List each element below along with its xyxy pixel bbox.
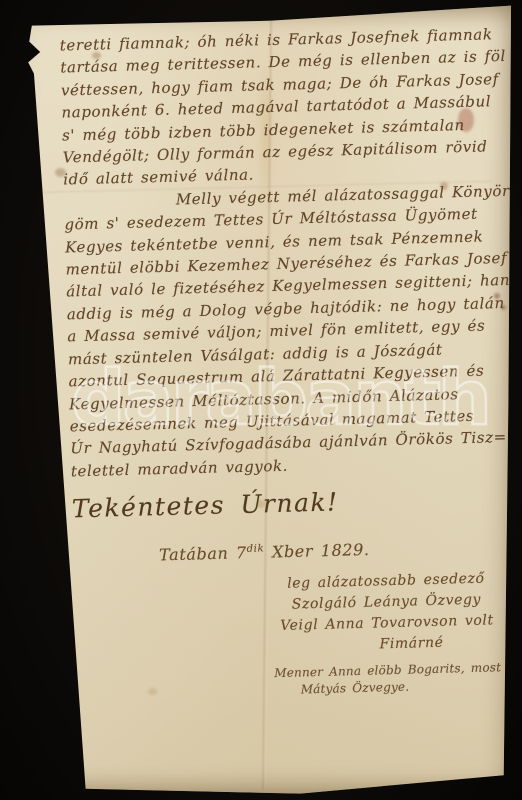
- dateline-month-year: Xber 1829.: [264, 540, 370, 562]
- letter-paragraph-2: Melly végett mél alázatossaggal Könyör= …: [64, 180, 515, 483]
- letter-paper: teretti fiamnak; óh néki is Farkas Josef…: [0, 0, 522, 800]
- signature-block: leg alázatossabb esedező Szolgáló Leánya…: [270, 569, 504, 659]
- dateline: Tatában 7dik Xber 1829.: [159, 531, 518, 568]
- dateline-place-day: Tatában 7: [159, 543, 247, 564]
- letter-paragraph-1: teretti fiamnak; óh néki is Farkas Josef…: [59, 23, 507, 191]
- dateline-ordinal-suffix: dik: [247, 543, 265, 554]
- photo-background: teretti fiamnak; óh néki is Farkas Josef…: [0, 0, 522, 800]
- salutation-line: Tekéntetes Úrnak!: [71, 480, 516, 528]
- handwritten-letter-text: teretti fiamnak; óh néki is Farkas Josef…: [59, 23, 520, 704]
- postscript-note: Menner Anna elöbb Bogarits, most Veigl M…: [274, 659, 521, 698]
